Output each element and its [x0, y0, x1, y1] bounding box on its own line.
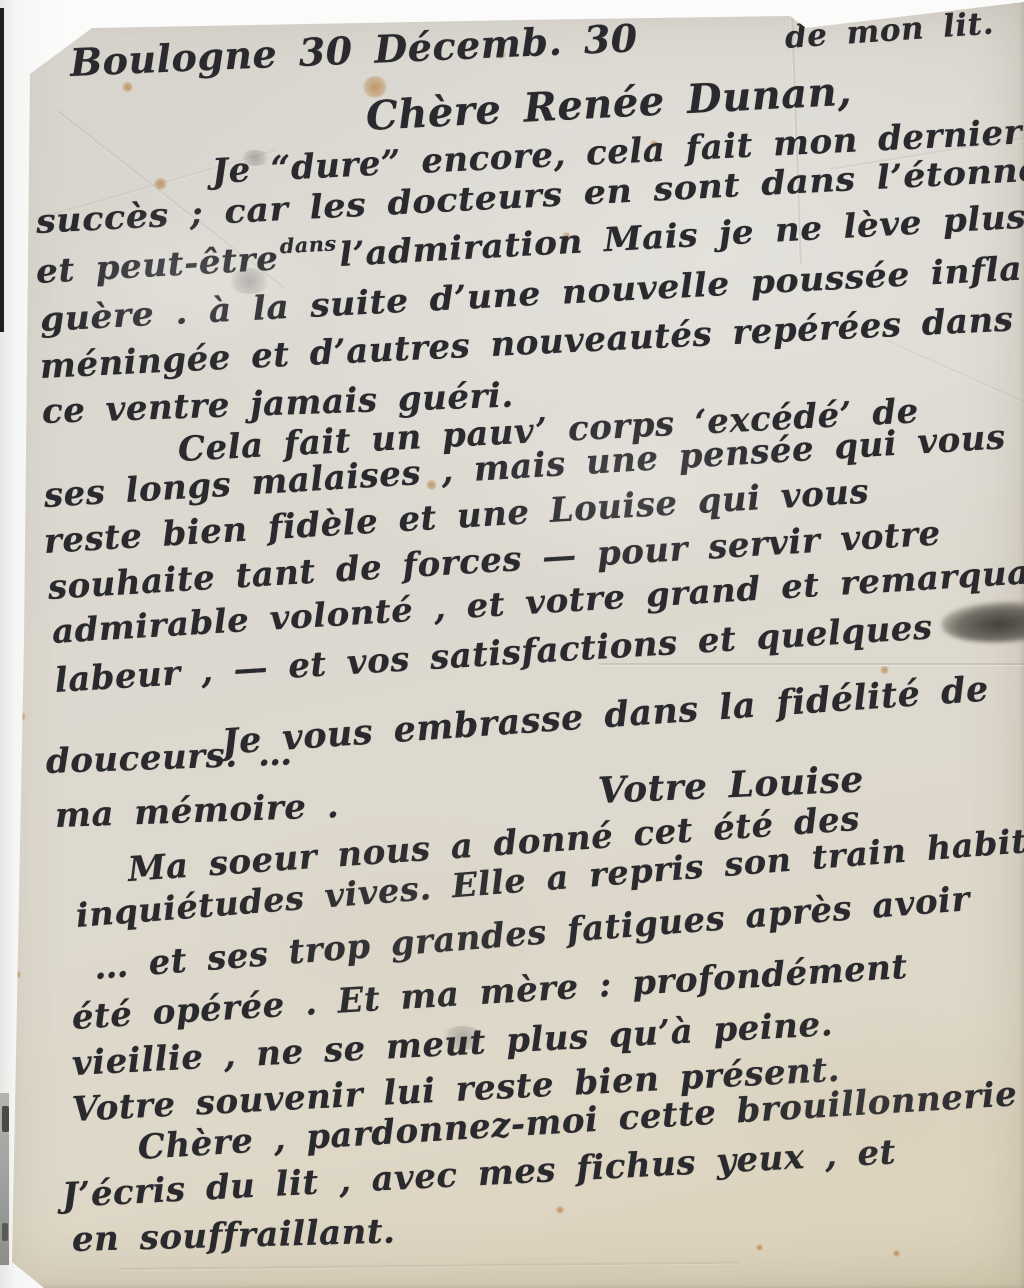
ink-blot-scratched-word	[941, 598, 1024, 646]
scanned-letter: Boulogne 30 Décemb. 30 de mon lit. Chère…	[0, 0, 1024, 1288]
foxing-stain	[12, 970, 21, 979]
letter-paper: Boulogne 30 Décemb. 30 de mon lit. Chère…	[0, 0, 1024, 1288]
letter-line: ma mémoire .	[54, 786, 339, 836]
foxing-stain	[756, 1244, 763, 1251]
foxing-stain	[16, 712, 26, 721]
dateline: Boulogne 30 Décemb. 30	[69, 15, 639, 85]
scanner-edge-artifact	[0, 8, 4, 332]
scanner-edge-artifact	[2, 1106, 9, 1132]
foxing-stain	[26, 54, 34, 62]
foxing-stain	[154, 178, 167, 190]
inserted-word: dans	[279, 231, 337, 258]
foxing-stain	[893, 1250, 900, 1257]
foxing-stain	[122, 82, 133, 92]
scanner-edge-artifact	[2, 1223, 8, 1241]
letter-line: en souffraillant.	[71, 1212, 395, 1260]
crease	[120, 1262, 740, 1270]
foxing-stain	[880, 666, 889, 674]
foxing-stain	[556, 1206, 564, 1214]
corner-note: de mon lit.	[784, 5, 995, 56]
